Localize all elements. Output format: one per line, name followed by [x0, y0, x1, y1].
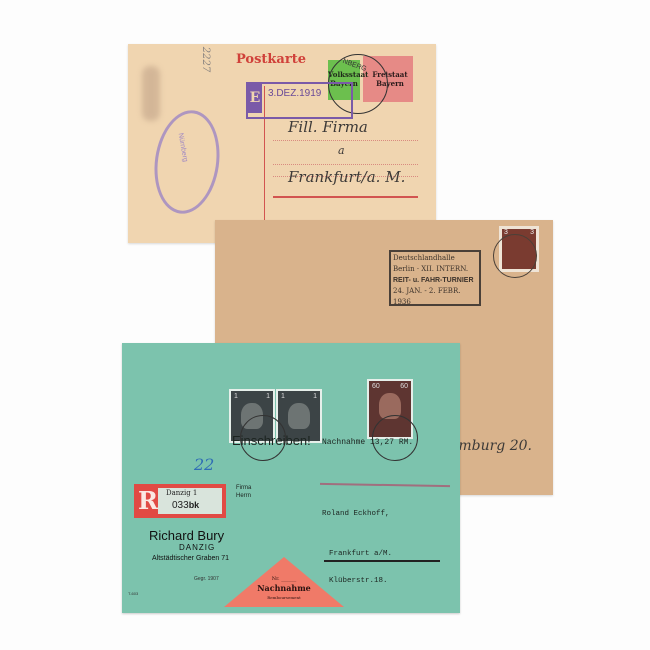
- address-text: a: [338, 144, 345, 157]
- slogan-line: 24. JAN. - 2. FEBR. 1936: [393, 286, 477, 308]
- address-text: Fill. Firma: [288, 118, 368, 136]
- portrait-icon: [288, 403, 310, 429]
- address-line: [273, 196, 418, 198]
- sender-name: Richard Bury: [149, 528, 224, 543]
- slogan-line: REIT- u. FAHR-TURNIER: [393, 277, 474, 284]
- form-code: T-603: [128, 591, 138, 596]
- address-text: Frankfurt/a. M.: [288, 168, 405, 186]
- red-line: [320, 483, 450, 487]
- cod-amount: Nachnahme 13,27 RM.: [322, 438, 413, 447]
- registration-date: 3.DEZ.1919: [268, 88, 321, 99]
- registration-label: R Danzig 1 033bk: [134, 484, 226, 518]
- cod-label-text: Nr. ______ Nachnahme Remboursement: [242, 575, 326, 602]
- firma-herrn: FirmaHerrn: [236, 484, 251, 500]
- oval-stamp-icon: [148, 106, 226, 218]
- address-line: [273, 140, 418, 141]
- heading: Einschreiben!: [232, 433, 311, 448]
- address-line: [273, 164, 418, 165]
- green-envelope: 11 11 6060 22 Einschreiben! Nachnahme 13…: [122, 343, 460, 613]
- slogan-line: Berlin · XII. INTERN.: [393, 264, 477, 275]
- founded-text: Gegr. 1907: [194, 576, 219, 582]
- slogan-line: Deutschlandhalle: [393, 253, 477, 264]
- pencil-note: 2227: [200, 47, 211, 72]
- smudge: [142, 66, 160, 121]
- registration-number: 033bk: [172, 500, 199, 511]
- recipient-name: Roland Eckhoff,: [322, 510, 390, 518]
- sender-street: Altstädtischer Graben 71: [152, 555, 229, 562]
- blue-mark: 22: [194, 455, 214, 474]
- slogan-cancel: Deutschlandhalle Berlin · XII. INTERN. R…: [389, 250, 481, 306]
- registration-letter: R: [138, 488, 158, 514]
- sender-city: DANZIG: [179, 543, 215, 552]
- postcard: Postkarte Freistaat Bayern Volksstaat Ba…: [128, 44, 436, 243]
- postmark-icon: [493, 234, 537, 278]
- registration-letter: E: [248, 84, 262, 113]
- registration-office: Danzig 1: [166, 489, 197, 497]
- postcard-title: Postkarte: [236, 52, 306, 67]
